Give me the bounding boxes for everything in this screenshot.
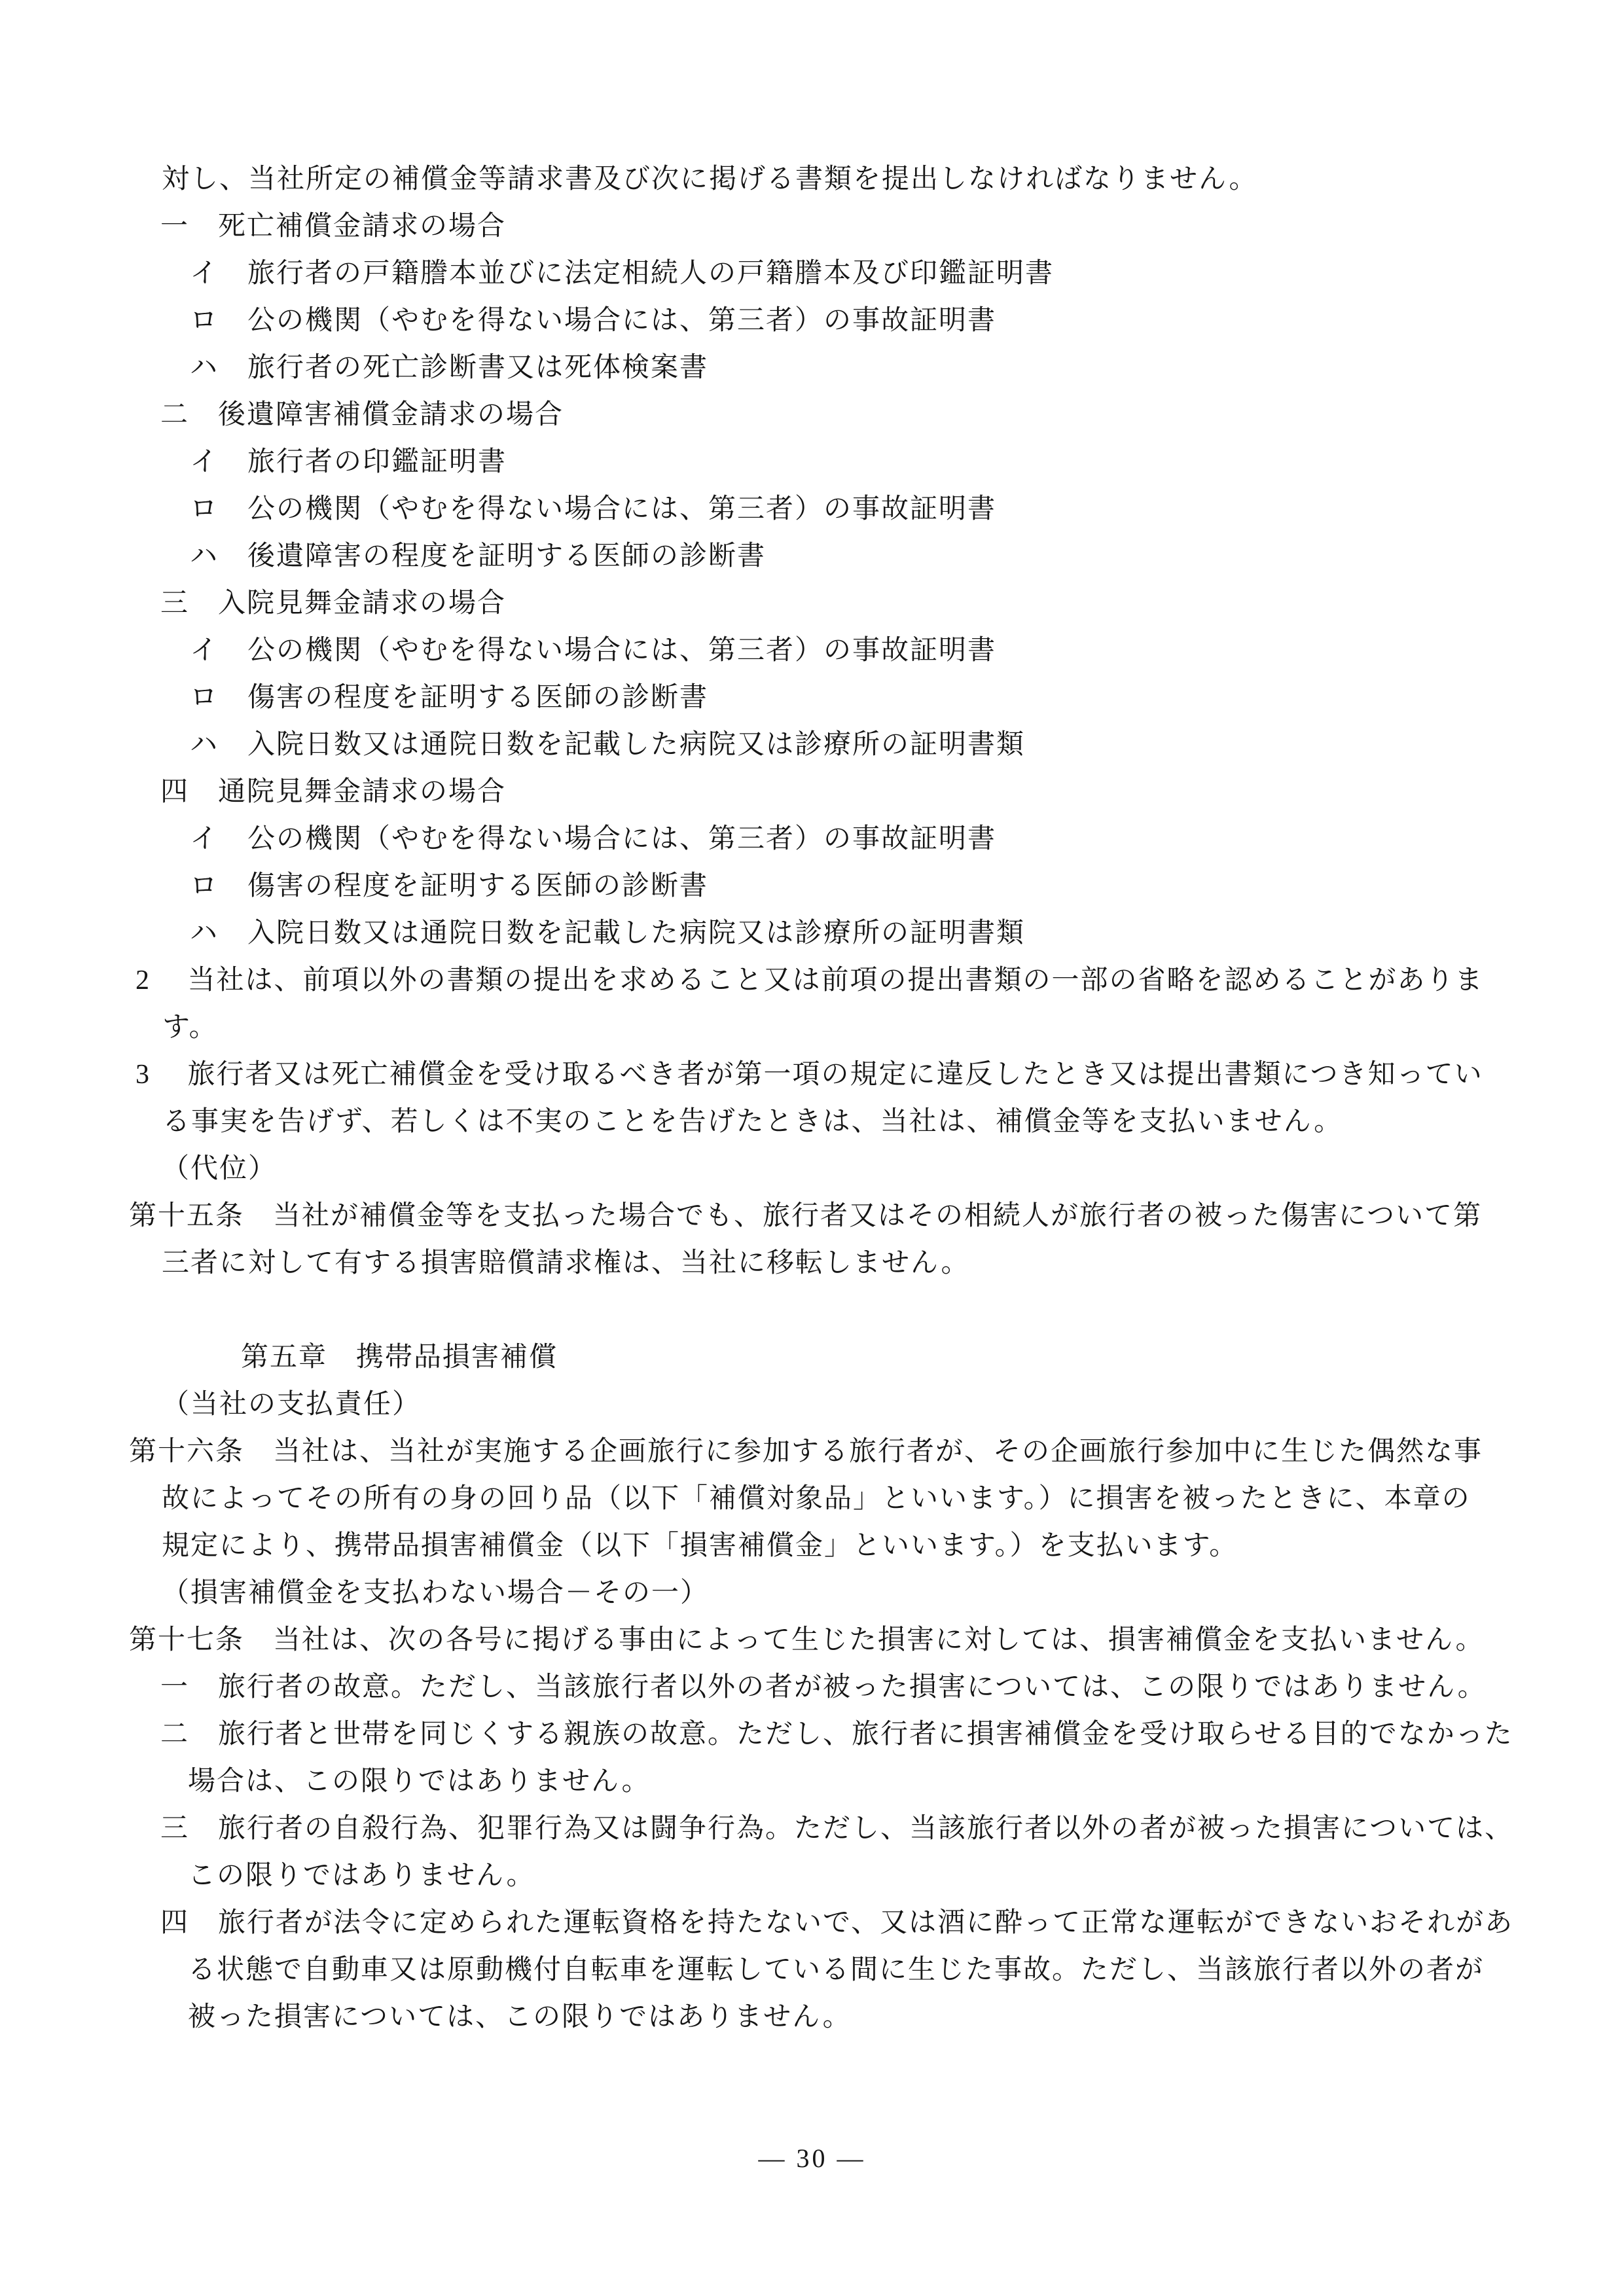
document-page: 対し、当社所定の補償金等請求書及び次に掲げる書類を提出しなければなりません。一 … [0,0,1624,2296]
sub-item-line: イ 旅行者の戸籍謄本並びに法定相続人の戸籍謄本及び印鑑証明書 [129,250,1504,297]
article-continuation-line: 故によってその所有の身の回り品（以下「補償対象品」といいます。）に損害を被ったと… [129,1475,1504,1522]
paragraph-continuation-line: る事実を告げず、若しくは不実のことを告げたときは、当社は、補償金等を支払いません… [129,1098,1504,1145]
item-continuation-line: この限りではありません。 [129,1852,1504,1899]
paragraph-number-line: 2 当社は、前項以外の書類の提出を求めること又は前項の提出書類の一部の省略を認め… [129,957,1504,1004]
document-body: 対し、当社所定の補償金等請求書及び次に掲げる書類を提出しなければなりません。一 … [129,156,1504,2041]
sub-item-line: ハ 旅行者の死亡診断書又は死体検案書 [129,344,1504,391]
sub-item-line: イ 公の機関（やむを得ない場合には、第三者）の事故証明書 [129,816,1504,863]
sub-item-line: ロ 傷害の程度を証明する医師の診断書 [129,863,1504,910]
sub-item-line: イ 旅行者の印鑑証明書 [129,439,1504,486]
article-continuation-line: 対し、当社所定の補償金等請求書及び次に掲げる書類を提出しなければなりません。 [129,156,1504,203]
article-continuation-line: 三者に対して有する損害賠償請求権は、当社に移転しません。 [129,1240,1504,1287]
article-line: 第十六条 当社は、当社が実施する企画旅行に参加する旅行者が、その企画旅行参加中に… [129,1428,1504,1475]
item-continuation-line: る状態で自動車又は原動機付自転車を運転している間に生じた事故。ただし、当該旅行者… [129,1946,1504,1994]
item-line: 四 通院見舞金請求の場合 [129,768,1504,816]
sub-item-line: ハ 入院日数又は通院日数を記載した病院又は診療所の証明書類 [129,721,1504,768]
chapter-heading: 第五章 携帯品損害補償 [129,1334,1504,1381]
item-line: 一 死亡補償金請求の場合 [129,203,1504,250]
article-line: 第十五条 当社が補償金等を支払った場合でも、旅行者又はその相続人が旅行者の被った… [129,1193,1504,1240]
section-caption: （代位） [129,1145,1504,1193]
sub-item-line: ロ 公の機関（やむを得ない場合には、第三者）の事故証明書 [129,486,1504,533]
sub-item-line: ロ 傷害の程度を証明する医師の診断書 [129,674,1504,721]
blank-line [129,1287,1504,1334]
item-line: 二 旅行者と世帯を同じくする親族の故意。ただし、旅行者に損害補償金を受け取らせる… [129,1711,1504,1758]
sub-item-line: ハ 後遺障害の程度を証明する医師の診断書 [129,533,1504,580]
section-caption: （損害補償金を支払わない場合－その一） [129,1570,1504,1617]
item-continuation-line: 場合は、この限りではありません。 [129,1758,1504,1805]
paragraph-continuation-line: す。 [129,1004,1504,1051]
page-number: ― 30 ― [0,2135,1624,2182]
article-continuation-line: 規定により、携帯品損害補償金（以下「損害補償金」といいます。）を支払います。 [129,1522,1504,1570]
sub-item-line: ロ 公の機関（やむを得ない場合には、第三者）の事故証明書 [129,297,1504,344]
article-line: 第十七条 当社は、次の各号に掲げる事由によって生じた損害に対しては、損害補償金を… [129,1617,1504,1664]
item-line: 一 旅行者の故意。ただし、当該旅行者以外の者が被った損害については、この限りでは… [129,1664,1504,1711]
sub-item-line: ハ 入院日数又は通院日数を記載した病院又は診療所の証明書類 [129,910,1504,957]
item-line: 三 旅行者の自殺行為、犯罪行為又は闘争行為。ただし、当該旅行者以外の者が被った損… [129,1805,1504,1852]
section-caption: （当社の支払責任） [129,1381,1504,1428]
sub-item-line: イ 公の機関（やむを得ない場合には、第三者）の事故証明書 [129,627,1504,674]
item-line: 三 入院見舞金請求の場合 [129,580,1504,627]
item-line: 四 旅行者が法令に定められた運転資格を持たないで、又は酒に酔って正常な運転ができ… [129,1899,1504,1946]
paragraph-number-line: 3 旅行者又は死亡補償金を受け取るべき者が第一項の規定に違反したとき又は提出書類… [129,1051,1504,1098]
item-continuation-line: 被った損害については、この限りではありません。 [129,1994,1504,2041]
item-line: 二 後遺障害補償金請求の場合 [129,391,1504,439]
